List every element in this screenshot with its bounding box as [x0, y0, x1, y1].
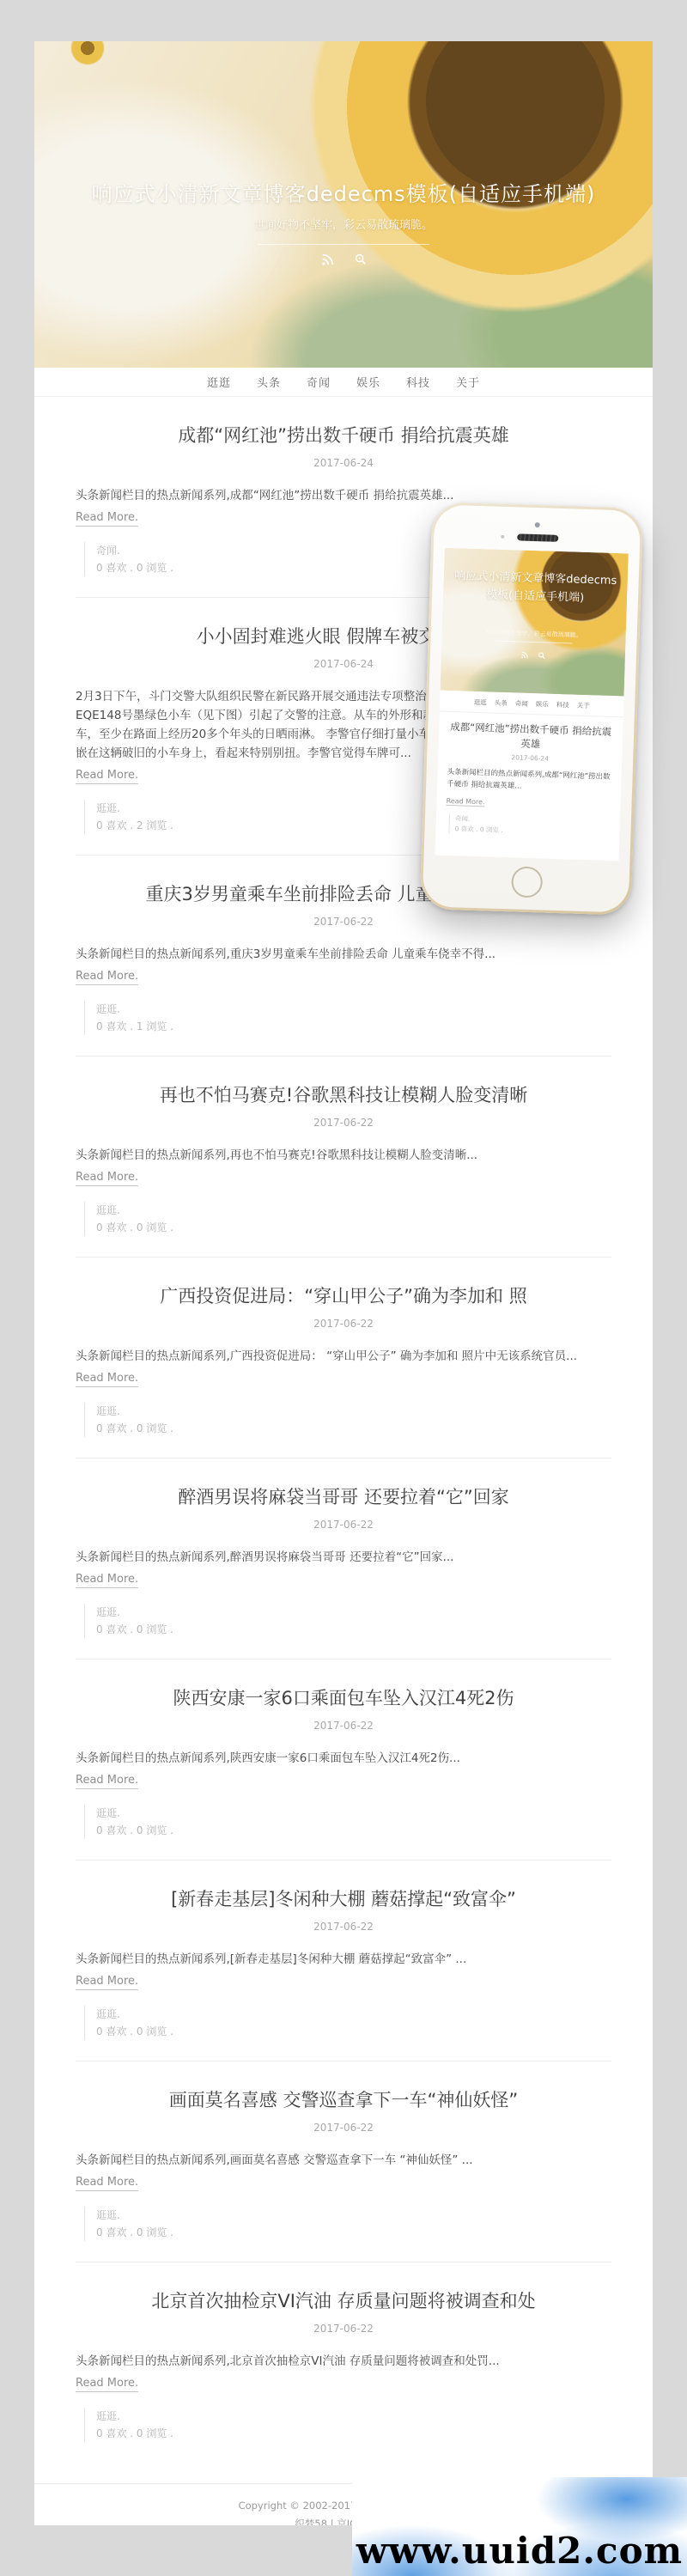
read-more-link[interactable]: Read More. — [76, 510, 138, 527]
mini-nav-item-yule[interactable]: 娱乐 — [536, 699, 549, 709]
mini-nav-item-qiwen[interactable]: 奇闻 — [515, 698, 528, 708]
article-summary: 头条新闻栏目的热点新闻系列,成都“网红池”捞出数千硬币 捐给抗震英雄... — [76, 486, 611, 505]
mini-article-card: 成都“网红池”捞出数千硬币 捐给抗震英雄 2017-06-24 头条新闻栏目的热… — [435, 712, 623, 840]
mini-hero-icons — [441, 644, 625, 667]
article-meta: 逛逛. 0 喜欢 . 0 浏览 . — [84, 1202, 653, 1236]
article-summary: 头条新闻栏目的热点新闻系列,[新春走基层]冬闲种大棚 蘑菇撑起“致富伞” ... — [76, 1950, 611, 1969]
article-category-link[interactable]: 逛逛. — [96, 1204, 120, 1216]
article-meta: 逛逛. 0 喜欢 . 1 浏览 . — [84, 1001, 653, 1035]
article-date: 2017-06-22 — [34, 1720, 653, 1733]
article-stats: 0 喜欢 . 0 浏览 . — [96, 2224, 653, 2241]
nav-item-keji[interactable]: 科技 — [406, 374, 430, 390]
article-date: 2017-06-22 — [34, 2122, 653, 2135]
article-date: 2017-06-22 — [34, 1921, 653, 1934]
mini-read-more-link[interactable]: Read More. — [446, 797, 484, 807]
read-more-link[interactable]: Read More. — [76, 2376, 138, 2392]
mini-article-meta: 奇闻. 0 喜欢 . 0 浏览 . — [448, 813, 611, 839]
search-icon[interactable] — [354, 253, 368, 267]
read-more-link[interactable]: Read More. — [76, 2175, 138, 2191]
article-category-link[interactable]: 逛逛. — [96, 2410, 120, 2422]
article-card: 陕西安康一家6口乘面包车坠入汉江4死2伤 2017-06-22 头条新闻栏目的热… — [34, 1659, 653, 1860]
mini-rss-icon[interactable] — [520, 647, 530, 663]
article-summary: 头条新闻栏目的热点新闻系列,北京首次抽检京VI汽油 存质量问题将被调查和处罚..… — [76, 2352, 611, 2371]
read-more-link[interactable]: Read More. — [76, 768, 138, 784]
article-title-link[interactable]: 成都“网红池”捞出数千硬币 捐给抗震英雄 — [34, 423, 653, 448]
article-date: 2017-06-22 — [34, 1117, 653, 1130]
article-meta: 逛逛. 0 喜欢 . 0 浏览 . — [84, 1805, 653, 1839]
article-category-link[interactable]: 逛逛. — [96, 1405, 120, 1417]
phone-sensor-dot — [501, 535, 504, 539]
article-stats: 0 喜欢 . 0 浏览 . — [96, 2023, 653, 2040]
phone-face: 响应式小清新文章博客dedecms模板(自适应手机端) 世间好物不坚牢，彩云易散… — [423, 504, 641, 912]
article-title-link[interactable]: 北京首次抽检京VI汽油 存质量问题将被调查和处 — [34, 2288, 653, 2314]
article-date: 2017-06-22 — [34, 1519, 653, 1532]
article-category-link[interactable]: 逛逛. — [96, 1807, 120, 1819]
article-date: 2017-06-22 — [34, 916, 653, 929]
nav-item-yule[interactable]: 娱乐 — [356, 374, 380, 390]
article-summary: 头条新闻栏目的热点新闻系列,重庆3岁男童乘车坐前排险丢命 儿童乘车侥幸不得... — [76, 945, 611, 964]
mini-nav-item-keji[interactable]: 科技 — [556, 699, 569, 709]
phone-screen: 响应式小清新文章博客dedecms模板(自适应手机端) 世间好物不坚牢，彩云易散… — [435, 548, 629, 862]
article-category-link[interactable]: 逛逛. — [96, 1606, 120, 1618]
article-title-link[interactable]: [新春走基层]冬闲种大棚 蘑菇撑起“致富伞” — [34, 1886, 653, 1912]
article-category-link[interactable]: 逛逛. — [96, 1003, 120, 1015]
rss-icon[interactable] — [320, 253, 335, 267]
phone-speaker — [517, 533, 558, 542]
nav-item-toutiao[interactable]: 头条 — [257, 374, 281, 390]
article-meta: 逛逛. 0 喜欢 . 0 浏览 . — [84, 1604, 653, 1638]
read-more-link[interactable]: Read More. — [76, 1170, 138, 1186]
phone-camera-dot — [535, 522, 540, 527]
nav-item-qiwen[interactable]: 奇闻 — [307, 374, 331, 390]
hero-divider-line — [258, 244, 429, 245]
article-stats: 0 喜欢 . 0 浏览 . — [96, 1822, 653, 1839]
article-date: 2017-06-22 — [34, 1318, 653, 1331]
article-stats: 0 喜欢 . 0 浏览 . — [96, 1420, 653, 1437]
main-nav: 逛逛 头条 奇闻 娱乐 科技 关于 — [34, 368, 653, 397]
mini-article-summary: 头条新闻栏目的热点新闻系列,成都“网红池”捞出数千硬币 捐给抗震英雄... — [447, 766, 612, 795]
article-category-link[interactable]: 逛逛. — [96, 802, 120, 814]
article-title-link[interactable]: 醉酒男误将麻袋当哥哥 还要拉着“它”回家 — [34, 1484, 653, 1510]
read-more-link[interactable]: Read More. — [76, 1572, 138, 1588]
mini-hero-banner: 响应式小清新文章博客dedecms模板(自适应手机端) 世间好物不坚牢，彩云易散… — [441, 548, 629, 697]
read-more-link[interactable]: Read More. — [76, 1773, 138, 1789]
phone-mockup: 响应式小清新文章博客dedecms模板(自适应手机端) 世间好物不坚牢，彩云易散… — [420, 502, 644, 915]
article-date: 2017-06-22 — [34, 2323, 653, 2336]
phone-home-button[interactable] — [511, 866, 543, 898]
mini-hero-divider-line — [495, 641, 572, 644]
article-title-link[interactable]: 广西投资促进局：“穿山甲公子”确为李加和 照 — [34, 1283, 653, 1309]
article-card: [新春走基层]冬闲种大棚 蘑菇撑起“致富伞” 2017-06-22 头条新闻栏目… — [34, 1860, 653, 2061]
site-subtitle: 世间好物不坚牢，彩云易散琉璃脆。 — [34, 216, 653, 232]
article-category-link[interactable]: 逛逛. — [96, 2209, 120, 2221]
article-meta: 逛逛. 0 喜欢 . 0 浏览 . — [84, 2207, 653, 2241]
read-more-link[interactable]: Read More. — [76, 1974, 138, 1990]
article-date: 2017-06-24 — [34, 457, 653, 471]
mini-article-date: 2017-06-24 — [447, 752, 612, 764]
mini-search-icon[interactable] — [538, 647, 547, 663]
article-meta: 逛逛. 0 喜欢 . 0 浏览 . — [84, 2408, 653, 2442]
article-card: 醉酒男误将麻袋当哥哥 还要拉着“它”回家 2017-06-22 头条新闻栏目的热… — [34, 1459, 653, 1659]
watermark-overlay: www.uuid2.com — [352, 2477, 687, 2576]
article-card: 再也不怕马赛克!谷歌黑科技让模糊人脸变清晰 2017-06-22 头条新闻栏目的… — [34, 1057, 653, 1258]
mini-article-title-link[interactable]: 成都“网红池”捞出数千硬币 捐给抗震英雄 — [447, 720, 613, 754]
mini-nav-item-guanyu[interactable]: 关于 — [576, 700, 589, 709]
watermark-text: www.uuid2.com — [356, 2533, 683, 2576]
article-summary: 头条新闻栏目的热点新闻系列,再也不怕马赛克!谷歌黑科技让模糊人脸变清晰... — [76, 1146, 611, 1165]
article-summary: 头条新闻栏目的热点新闻系列,画面莫名喜感 交警巡查拿下一车 “神仙妖怪” ... — [76, 2151, 611, 2170]
content-container: 响应式小清新文章博客dedecms模板(自适应手机端) 世间好物不坚牢，彩云易散… — [34, 41, 653, 2525]
article-stats: 0 喜欢 . 0 浏览 . — [96, 1219, 653, 1236]
article-stats: 0 喜欢 . 0 浏览 . — [96, 2425, 653, 2442]
mini-nav-item-guangguang[interactable]: 逛逛 — [474, 697, 487, 706]
mini-site-subtitle: 世间好物不坚牢，彩云易散琉璃脆。 — [442, 627, 626, 642]
hero-icons — [34, 253, 653, 267]
article-stats: 0 喜欢 . 0 浏览 . — [96, 1621, 653, 1638]
article-stats: 0 喜欢 . 1 浏览 . — [96, 1018, 653, 1035]
article-category-link[interactable]: 奇闻. — [96, 545, 120, 557]
article-meta: 逛逛. 0 喜欢 . 0 浏览 . — [84, 2006, 653, 2040]
article-summary: 头条新闻栏目的热点新闻系列,陕西安康一家6口乘面包车坠入汉江4死2伤... — [76, 1749, 611, 1768]
article-summary: 头条新闻栏目的热点新闻系列,醉酒男误将麻袋当哥哥 还要拉着“它”回家... — [76, 1548, 611, 1567]
article-meta: 逛逛. 0 喜欢 . 0 浏览 . — [84, 1403, 653, 1437]
read-more-link[interactable]: Read More. — [76, 1371, 138, 1387]
mini-nav-item-toutiao[interactable]: 头条 — [495, 697, 508, 707]
article-card: 画面莫名喜感 交警巡查拿下一车“神仙妖怪” 2017-06-22 头条新闻栏目的… — [34, 2061, 653, 2262]
site-title: 响应式小清新文章博客dedecms模板(自适应手机端) — [34, 177, 653, 207]
hero-banner: 响应式小清新文章博客dedecms模板(自适应手机端) 世间好物不坚牢，彩云易散… — [34, 41, 653, 368]
article-title-link[interactable]: 画面莫名喜感 交警巡查拿下一车“神仙妖怪” — [34, 2087, 653, 2113]
article-category-link[interactable]: 逛逛. — [96, 2008, 120, 2020]
article-card: 广西投资促进局：“穿山甲公子”确为李加和 照 2017-06-22 头条新闻栏目… — [34, 1258, 653, 1459]
article-title-link[interactable]: 陕西安康一家6口乘面包车坠入汉江4死2伤 — [34, 1685, 653, 1711]
article-summary: 头条新闻栏目的热点新闻系列,广西投资促进局： “穿山甲公子” 确为李加和 照片中… — [76, 1347, 611, 1366]
article-title-link[interactable]: 再也不怕马赛克!谷歌黑科技让模糊人脸变清晰 — [34, 1082, 653, 1108]
mini-site-title: 响应式小清新文章博客dedecms模板(自适应手机端) — [450, 567, 621, 608]
article-card: 北京首次抽检京VI汽油 存质量问题将被调查和处 2017-06-22 头条新闻栏… — [34, 2262, 653, 2442]
read-more-link[interactable]: Read More. — [76, 969, 138, 985]
blog-page: 响应式小清新文章博客dedecms模板(自适应手机端) 世间好物不坚牢，彩云易散… — [0, 0, 687, 2576]
nav-item-guangguang[interactable]: 逛逛 — [207, 374, 231, 390]
nav-item-guanyu[interactable]: 关于 — [456, 374, 480, 390]
